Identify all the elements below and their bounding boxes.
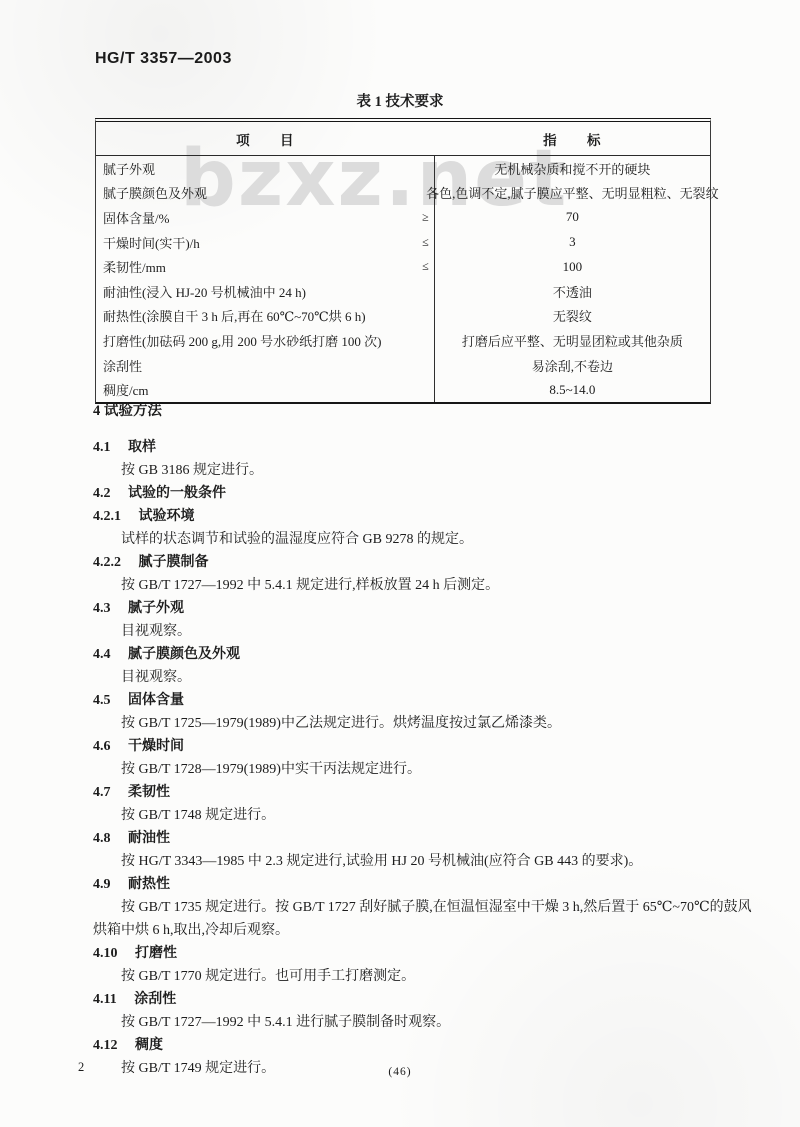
table-row: 打磨性(加砝码 200 g,用 200 号水砂纸打磨 100 次) 打磨后应平整… [96, 328, 710, 353]
standard-code: HG/T 3357—2003 [95, 50, 232, 68]
subsection-heading: 4.6 干燥时间 [93, 735, 761, 758]
row-item-text: 腻子外观 [103, 159, 155, 178]
row-item-label: 打磨性(加砝码 200 g,用 200 号水砂纸打磨 100 次) [96, 328, 434, 353]
row-item-text: 耐油性(浸入 HJ-20 号机械油中 24 h) [103, 282, 306, 301]
subsection: 4.1 取样 按 GB 3186 规定进行。 [93, 436, 761, 482]
subsection-heading: 4.5 固体含量 [93, 689, 761, 712]
row-item-label: 稠度/cm [96, 377, 434, 402]
subsection: 4.11 涂刮性 按 GB/T 1727—1992 中 5.4.1 进行腻子膜制… [93, 988, 761, 1034]
section-main-title: 试验方法 [104, 403, 162, 419]
subsection-number: 4.10 [93, 946, 118, 961]
subsection: 4.9 耐热性 按 GB/T 1735 规定进行。按 GB/T 1727 刮好腻… [93, 873, 761, 942]
column-header-item: 项 目 [96, 122, 434, 155]
section-main-heading: 4 试验方法 [93, 400, 761, 423]
subsection-title: 腻子外观 [128, 601, 184, 616]
row-index-value: 8.5~14.0 [434, 377, 710, 402]
subsection-title: 耐热性 [128, 877, 170, 892]
row-item-label: 腻子外观 [96, 156, 434, 181]
row-item-label: 腻子膜颜色及外观 [96, 181, 434, 206]
subsection-title: 打磨性 [135, 946, 177, 961]
row-item-text: 涂刮性 [103, 356, 142, 375]
subsection-body: 按 GB/T 1735 规定进行。按 GB/T 1727 刮好腻子膜,在恒温恒湿… [93, 896, 761, 942]
subsection-heading: 4.10 打磨性 [93, 942, 761, 965]
subsection-number: 4.6 [93, 739, 111, 754]
subsection-heading: 4.8 耐油性 [93, 827, 761, 850]
subsection-number: 4.2.2 [93, 555, 121, 570]
subsection-heading: 4.2.1 试验环境 [93, 505, 761, 528]
subsection: 4.2 试验的一般条件 [93, 482, 761, 505]
row-comparison-symbol: ≥ [422, 205, 429, 230]
row-item-text: 稠度/cm [103, 380, 149, 399]
row-item-text: 腻子膜颜色及外观 [103, 183, 207, 202]
subsection-body: 目视观察。 [93, 666, 761, 689]
subsection-heading: 4.2.2 腻子膜制备 [93, 551, 761, 574]
subsection: 4.2.2 腻子膜制备 按 GB/T 1727—1992 中 5.4.1 规定进… [93, 551, 761, 597]
subsection-body: 按 GB/T 1727—1992 中 5.4.1 规定进行,样板放置 24 h … [93, 574, 761, 597]
subsection-number: 4.5 [93, 693, 111, 708]
subsection-body: 按 GB/T 1748 规定进行。 [93, 804, 761, 827]
table-body: 腻子外观 无机械杂质和搅不开的硬块 腻子膜颜色及外观 各色,色调不定,腻子膜应平… [96, 156, 710, 402]
subsection-heading: 4.12 稠度 [93, 1034, 761, 1057]
table-row: 腻子外观 无机械杂质和搅不开的硬块 [96, 156, 710, 181]
subsection-number: 4.3 [93, 601, 111, 616]
subsection-body: 试样的状态调节和试验的温湿度应符合 GB 9278 的规定。 [93, 528, 761, 551]
test-methods-content: 4 试验方法 4.1 取样 按 GB 3186 规定进行。 4.2 试验的一般条… [93, 400, 761, 1080]
subsection-number: 4.2.1 [93, 509, 121, 524]
table-title: 表 1 技术要求 [0, 90, 800, 111]
row-comparison-symbol: ≤ [422, 254, 429, 279]
section-main-number: 4 [93, 403, 100, 419]
row-item-label: 柔韧性/mm ≤ [96, 254, 434, 279]
row-index-value: 无机械杂质和搅不开的硬块 [434, 156, 710, 181]
subsection-heading: 4.4 腻子膜颜色及外观 [93, 643, 761, 666]
subsection-number: 4.7 [93, 785, 111, 800]
subsection-heading: 4.2 试验的一般条件 [93, 482, 761, 505]
table-row: 耐油性(浸入 HJ-20 号机械油中 24 h) 不透油 [96, 279, 710, 304]
table-row: 稠度/cm 8.5~14.0 [96, 377, 710, 402]
subsection-title: 涂刮性 [134, 992, 176, 1007]
subsection-title: 取样 [128, 440, 156, 455]
subsection-title: 固体含量 [128, 693, 184, 708]
document-page: HG/T 3357—2003 表 1 技术要求 bzxz.net 项 目 指 标… [0, 0, 800, 1127]
subsections: 4.1 取样 按 GB 3186 规定进行。 4.2 试验的一般条件 4.2.1… [93, 436, 761, 1080]
technical-requirements-table: 项 目 指 标 腻子外观 无机械杂质和搅不开的硬块 腻子膜颜色及外观 各色,色调… [95, 118, 711, 404]
subsection-body: 按 GB/T 1727—1992 中 5.4.1 进行腻子膜制备时观察。 [93, 1011, 761, 1034]
row-index-value: 70 [434, 205, 710, 230]
table-row: 干燥时间(实干)/h ≤ 3 [96, 230, 710, 255]
subsection: 4.5 固体含量 按 GB/T 1725—1979(1989)中乙法规定进行。烘… [93, 689, 761, 735]
subsection-heading: 4.1 取样 [93, 436, 761, 459]
row-index-value: 无裂纹 [434, 304, 710, 329]
column-header-index: 指 标 [434, 122, 710, 155]
table-row: 腻子膜颜色及外观 各色,色调不定,腻子膜应平整、无明显粗粒、无裂纹 [96, 181, 710, 206]
subsection-title: 试验的一般条件 [128, 486, 226, 501]
subsection-title: 腻子膜制备 [139, 555, 209, 570]
subsection-title: 干燥时间 [128, 739, 184, 754]
row-index-value: 100 [434, 254, 710, 279]
subsection: 4.7 柔韧性 按 GB/T 1748 规定进行。 [93, 781, 761, 827]
subsection-number: 4.12 [93, 1038, 118, 1053]
subsection: 4.8 耐油性 按 HG/T 3343—1985 中 2.3 规定进行,试验用 … [93, 827, 761, 873]
subsection-number: 4.4 [93, 647, 111, 662]
subsection-title: 试验环境 [139, 509, 195, 524]
row-item-text: 打磨性(加砝码 200 g,用 200 号水砂纸打磨 100 次) [103, 331, 381, 350]
table-row: 柔韧性/mm ≤ 100 [96, 254, 710, 279]
footer-center-number: (46) [0, 1066, 800, 1078]
row-index-value: 易涂刮,不卷边 [434, 353, 710, 378]
row-index-value: 3 [434, 230, 710, 255]
subsection-heading: 4.11 涂刮性 [93, 988, 761, 1011]
table-row: 涂刮性 易涂刮,不卷边 [96, 353, 710, 378]
subsection-number: 4.11 [93, 992, 117, 1007]
subsection-body: 按 GB/T 1725—1979(1989)中乙法规定进行。烘烤温度按过氯乙烯漆… [93, 712, 761, 735]
subsection-body: 按 GB/T 1770 规定进行。也可用手工打磨测定。 [93, 965, 761, 988]
row-item-text: 耐热性(涂膜自干 3 h 后,再在 60℃~70℃烘 6 h) [103, 306, 366, 325]
table-header-row: 项 目 指 标 [96, 122, 710, 156]
subsection: 4.6 干燥时间 按 GB/T 1728—1979(1989)中实干丙法规定进行… [93, 735, 761, 781]
subsection: 4.10 打磨性 按 GB/T 1770 规定进行。也可用手工打磨测定。 [93, 942, 761, 988]
row-index-value: 各色,色调不定,腻子膜应平整、无明显粗粒、无裂纹 [434, 181, 710, 206]
subsection-body: 按 HG/T 3343—1985 中 2.3 规定进行,试验用 HJ 20 号机… [93, 850, 761, 873]
row-item-label: 固体含量/% ≥ [96, 205, 434, 230]
subsection: 4.3 腻子外观 目视观察。 [93, 597, 761, 643]
subsection-body: 按 GB/T 1728—1979(1989)中实干丙法规定进行。 [93, 758, 761, 781]
row-item-label: 耐热性(涂膜自干 3 h 后,再在 60℃~70℃烘 6 h) [96, 304, 434, 329]
row-index-value: 不透油 [434, 279, 710, 304]
row-item-text: 柔韧性/mm [103, 257, 166, 276]
subsection-title: 耐油性 [128, 831, 170, 846]
row-index-value: 打磨后应平整、无明显团粒或其他杂质 [434, 328, 710, 353]
subsection-body: 按 GB 3186 规定进行。 [93, 459, 761, 482]
row-comparison-symbol: ≤ [422, 230, 429, 255]
subsection: 4.2.1 试验环境 试样的状态调节和试验的温湿度应符合 GB 9278 的规定… [93, 505, 761, 551]
subsection-number: 4.2 [93, 486, 111, 501]
subsection-heading: 4.9 耐热性 [93, 873, 761, 896]
row-item-label: 涂刮性 [96, 353, 434, 378]
row-item-label: 干燥时间(实干)/h ≤ [96, 230, 434, 255]
row-item-text: 固体含量/% [103, 208, 169, 227]
table-row: 耐热性(涂膜自干 3 h 后,再在 60℃~70℃烘 6 h) 无裂纹 [96, 304, 710, 329]
subsection-title: 稠度 [135, 1038, 163, 1053]
subsection: 4.4 腻子膜颜色及外观 目视观察。 [93, 643, 761, 689]
table-row: 固体含量/% ≥ 70 [96, 205, 710, 230]
subsection-number: 4.8 [93, 831, 111, 846]
subsection-heading: 4.3 腻子外观 [93, 597, 761, 620]
subsection-body: 目视观察。 [93, 620, 761, 643]
subsection-title: 柔韧性 [128, 785, 170, 800]
subsection-number: 4.1 [93, 440, 111, 455]
row-item-label: 耐油性(浸入 HJ-20 号机械油中 24 h) [96, 279, 434, 304]
row-item-text: 干燥时间(实干)/h [103, 233, 200, 252]
subsection-title: 腻子膜颜色及外观 [128, 647, 240, 662]
subsection-number: 4.9 [93, 877, 111, 892]
subsection-heading: 4.7 柔韧性 [93, 781, 761, 804]
